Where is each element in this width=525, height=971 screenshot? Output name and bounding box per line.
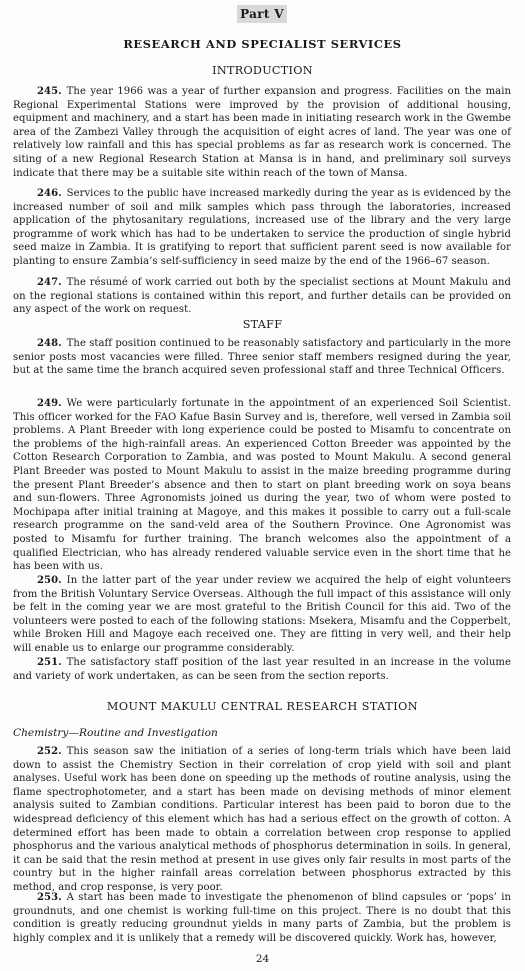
- paragraph-249: 249.We were particularly fortunate in th…: [13, 397, 511, 574]
- paragraph-text: Services to the public have increased ma…: [13, 188, 511, 267]
- paragraph-number: 245.: [37, 86, 62, 97]
- paragraph-text: The satisfactory staff position of the l…: [13, 657, 511, 682]
- paragraph-text: A start has been made to investigate the…: [13, 892, 511, 944]
- paragraph-number: 250.: [37, 575, 62, 586]
- section-heading-introduction: INTRODUCTION: [0, 64, 525, 77]
- paragraph-number: 246.: [37, 188, 62, 199]
- paragraph-text: In the latter part of the year under rev…: [13, 575, 511, 654]
- paragraph-number: 248.: [37, 338, 62, 349]
- paragraph-247: 247.The résumé of work carried out both …: [13, 276, 511, 317]
- paragraph-text: The staff position continued to be reaso…: [13, 338, 511, 376]
- paragraph-number: 253.: [37, 892, 62, 903]
- paragraph-246: 246.Services to the public have increase…: [13, 187, 511, 269]
- section-heading-staff: STAFF: [0, 318, 525, 331]
- paragraph-number: 249.: [37, 398, 62, 409]
- page-title: RESEARCH AND SPECIALIST SERVICES: [0, 37, 525, 51]
- part-label: Part V: [237, 5, 287, 23]
- paragraph-number: 252.: [37, 746, 62, 757]
- paragraph-number: 247.: [37, 277, 62, 288]
- paragraph-text: We were particularly fortunate in the ap…: [13, 398, 511, 572]
- paragraph-248: 248.The staff position continued to be r…: [13, 337, 511, 378]
- paragraph-number: 251.: [37, 657, 62, 668]
- paragraph-245: 245.The year 1966 was a year of further …: [13, 85, 511, 180]
- paragraph-250: 250.In the latter part of the year under…: [13, 574, 511, 656]
- paragraph-253: 253.A start has been made to investigate…: [13, 891, 511, 945]
- section-heading-station: MOUNT MAKULU CENTRAL RESEARCH STATION: [0, 700, 525, 713]
- paragraph-text: This season saw the initiation of a seri…: [13, 746, 511, 893]
- paragraph-text: The year 1966 was a year of further expa…: [13, 86, 511, 179]
- paragraph-252: 252.This season saw the initiation of a …: [13, 745, 511, 895]
- page-number: 24: [0, 953, 525, 965]
- paragraph-251: 251.The satisfactory staff position of t…: [13, 656, 511, 683]
- paragraph-text: The résumé of work carried out both by t…: [13, 277, 511, 315]
- subsection-heading-chemistry: Chemistry—Routine and Investigation: [13, 727, 218, 739]
- document-page: Part V RESEARCH AND SPECIALIST SERVICES …: [0, 0, 525, 971]
